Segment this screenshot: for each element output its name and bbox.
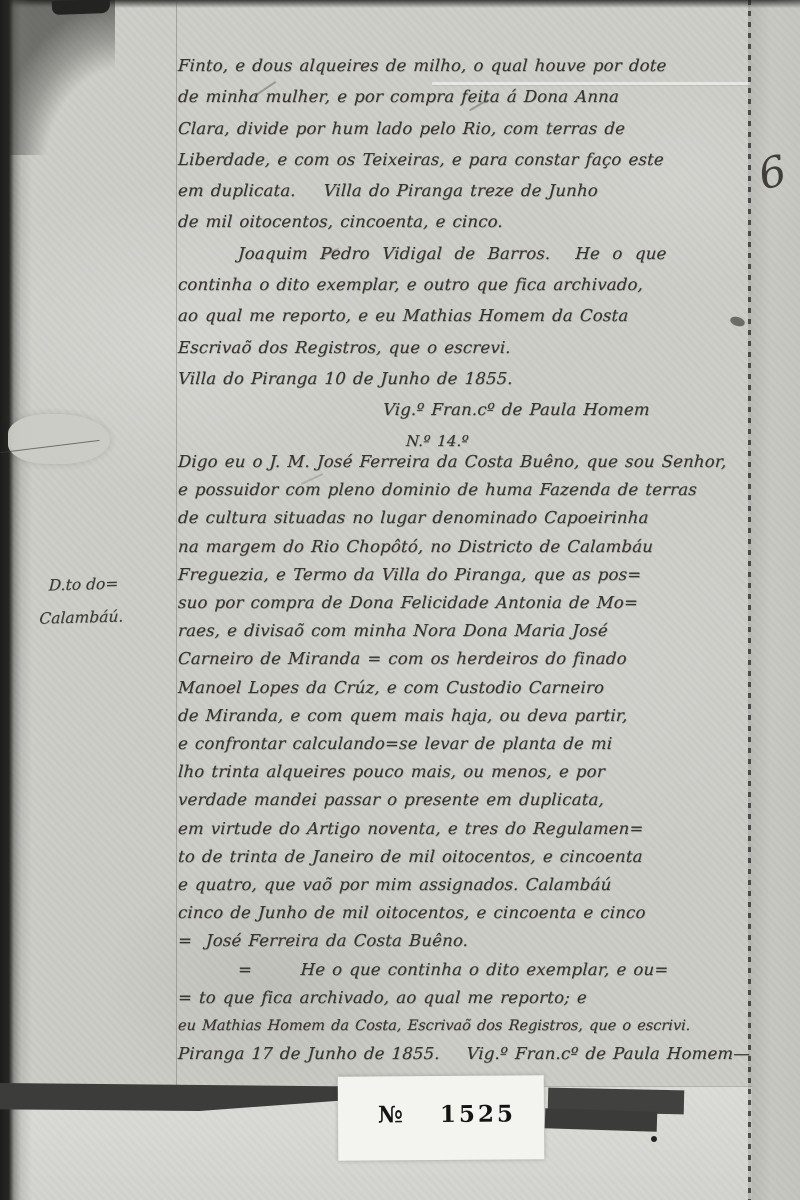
manuscript-line: Vig.º Fran.cº de Paula Homem	[177, 394, 751, 425]
manuscript-line: continha o dito exemplar, e outro que fi…	[177, 269, 751, 300]
numero-sign: №	[378, 1101, 404, 1128]
scan-left-edge	[0, 0, 32, 1200]
manuscript-line: e possuidor com pleno dominio de huma Fa…	[177, 476, 750, 504]
manuscript-line: cinco de Junho de mil oitocentos, e cinc…	[177, 899, 750, 927]
manuscript-line: de minha mulher, e por compra feita á Do…	[177, 81, 751, 112]
manuscript-line: Clara, divide por hum lado pelo Rio, com…	[177, 113, 751, 144]
archive-number-text: №1525	[338, 1100, 544, 1128]
manuscript-line: ao qual me reporto, e eu Mathias Homem d…	[177, 300, 751, 331]
ink-dot	[651, 1136, 657, 1142]
manuscript-line: raes, e divisaõ com minha Nora Dona Mari…	[177, 617, 750, 645]
manuscript-line: Escrivaõ dos Registros, que o escrevi.	[177, 332, 751, 363]
margin-note-line: D.to do=	[40, 566, 171, 602]
signature: Vig.º Fran.cº de Paula Homem—	[466, 1040, 751, 1068]
scan-top-edge	[0, 0, 800, 8]
manuscript-line: suo por compra de Dona Felicidade Antoni…	[177, 589, 750, 617]
manuscript-line: e confrontar calculando=se levar de plan…	[177, 730, 750, 758]
manuscript-line: de mil oitocentos, cincoenta, e cinco.	[177, 206, 751, 237]
scanned-manuscript-page: 6 Finto, e dous alqueires de milho, o qu…	[0, 0, 800, 1200]
manuscript-line: eu Mathias Homem da Costa, Escrivaõ dos …	[177, 1012, 750, 1040]
manuscript-line: de Miranda, e com quem mais haja, ou dev…	[177, 702, 750, 730]
archive-number-value: 1525	[440, 1100, 516, 1128]
adjacent-page-edge: 6	[751, 0, 800, 1200]
scan-artifact-blob	[52, 0, 110, 15]
archive-number-label: №1525	[338, 1075, 545, 1160]
manuscript-line: Finto, e dous alqueires de milho, o qual…	[177, 50, 751, 81]
manuscript-line: lho trinta alqueires pouco mais, ou meno…	[177, 758, 750, 786]
manuscript-line: Joaquim Pedro Vidigal de Barros. He o qu…	[177, 238, 751, 269]
manuscript-line: Villa do Piranga 10 de Junho de 1855.	[177, 363, 751, 394]
manuscript-line: e quatro, que vaõ por mim assignados. Ca…	[177, 871, 750, 899]
manuscript-line: = to que fica archivado, ao qual me repo…	[177, 984, 750, 1012]
manuscript-line: Liberdade, e com os Teixeiras, e para co…	[177, 144, 751, 175]
manuscript-line: Piranga 17 de Junho de 1855.Vig.º Fran.c…	[177, 1040, 750, 1068]
adjacent-page-writing-fragment: 6	[753, 145, 791, 199]
margin-note-line: Calambáú.	[39, 599, 170, 635]
manuscript-line: de cultura situadas no lugar denominado …	[177, 504, 750, 532]
margin-note: D.to do= Calambáú.	[39, 566, 172, 636]
manuscript-line: Digo eu o J. M. José Ferreira da Costa B…	[177, 448, 750, 476]
manuscript-line: verdade mandei passar o presente em dupl…	[177, 786, 750, 814]
redaction-bar-right-lower	[545, 1108, 658, 1132]
manuscript-line: to de trinta de Janeiro de mil oitocento…	[177, 843, 750, 871]
manuscript-line: = José Ferreira da Costa Buêno.	[177, 927, 750, 955]
manuscript-line: em duplicata. Villa do Piranga treze de …	[177, 175, 751, 206]
manuscript-line: = He o que continha o dito exemplar, e o…	[177, 956, 750, 984]
manuscript-text-block-bottom: Digo eu o J. M. José Ferreira da Costa B…	[178, 448, 750, 1068]
manuscript-line: Carneiro de Miranda = com os herdeiros d…	[177, 645, 750, 673]
paper-tab-artifact	[8, 414, 110, 464]
manuscript-line: Manoel Lopes da Crúz, e com Custodio Car…	[177, 674, 750, 702]
manuscript-line: Freguezia, e Termo da Villa do Piranga, …	[177, 561, 750, 589]
manuscript-line: em virtude do Artigo noventa, e tres do …	[177, 815, 750, 843]
manuscript-text-block-top: Finto, e dous alqueires de milho, o qual…	[178, 50, 750, 457]
manuscript-line: na margem do Rio Chopôtó, no Districto d…	[177, 533, 750, 561]
